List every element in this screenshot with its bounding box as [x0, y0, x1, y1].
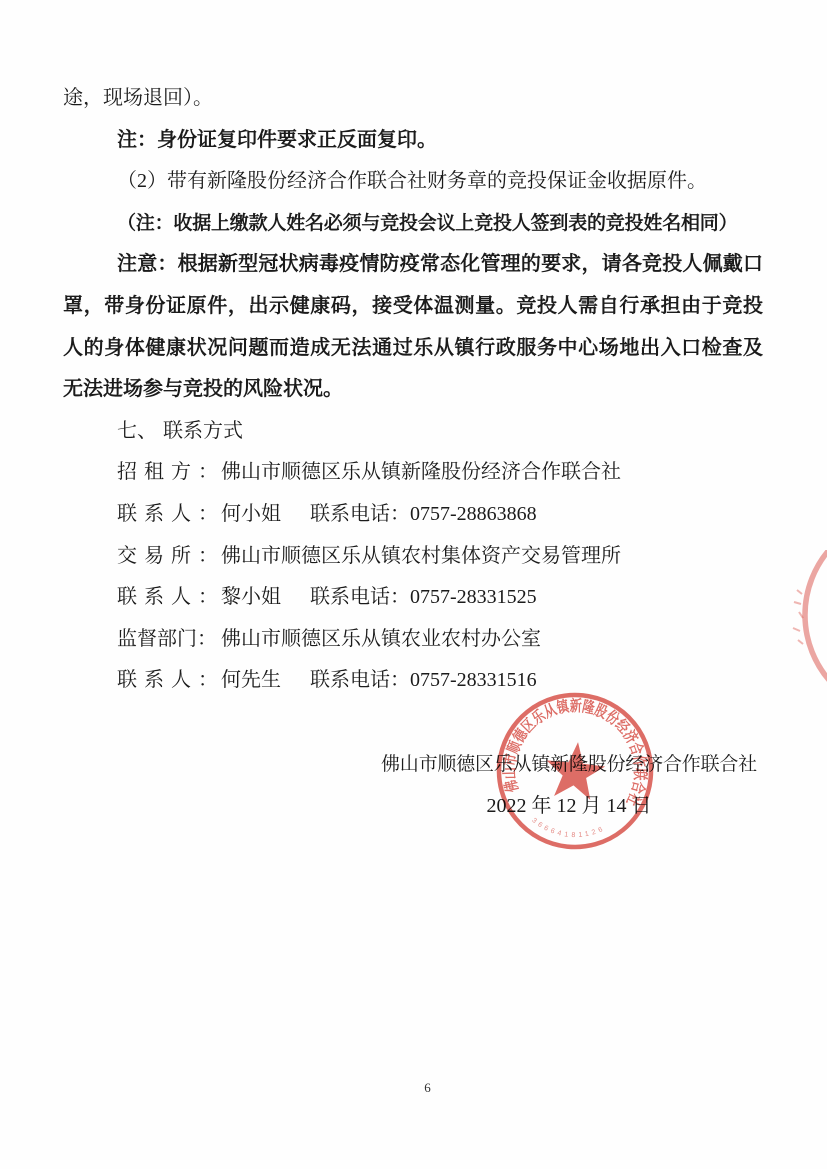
contact-label: 联系人：	[117, 660, 221, 702]
body-line: 途，现场退回）。	[63, 78, 763, 120]
contact-row-person: 联系人：黎小姐联系电话：0757-28331525	[63, 577, 763, 619]
body-line-notice: 无法进场参与竞投的风险状况。	[63, 369, 763, 411]
contact-value: 佛山市顺德区乐从镇农业农村办公室	[221, 628, 541, 650]
contact-value: 佛山市顺德区乐从镇农村集体资产交易管理所	[221, 545, 621, 567]
phone-label: 联系电话：	[310, 669, 410, 691]
body-line-note: （注：收据上缴款人姓名必须与竞投会议上竞投人签到表的竞投姓名相同）	[63, 203, 763, 245]
body-line-notice: 人的身体健康状况问题而造成无法通过乐从镇行政服务中心场地出入口检查及	[63, 328, 763, 370]
page-number: 6	[28, 1080, 827, 1096]
contact-label: 交易所：	[117, 536, 221, 578]
body-line: （2）带有新隆股份经济合作联合社财务章的竞投保证金收据原件。	[63, 161, 763, 203]
contact-value: 佛山市顺德区乐从镇新隆股份经济合作联合社	[221, 461, 621, 483]
phone-label: 联系电话：	[310, 586, 410, 608]
body-line-notice: 注意：根据新型冠状病毒疫情防疫常态化管理的要求，请各竞投人佩戴口	[63, 244, 763, 286]
contact-name: 何先生	[221, 669, 281, 691]
phone-number: 0757-28331525	[410, 586, 537, 608]
body-line-note: 注：身份证复印件要求正反面复印。	[63, 120, 763, 162]
phone-number: 0757-28863868	[410, 503, 537, 525]
document-body: 途，现场退回）。 注：身份证复印件要求正反面复印。 （2）带有新隆股份经济合作联…	[0, 0, 827, 827]
contact-label: 联系人：	[117, 494, 221, 536]
contact-name: 黎小姐	[221, 586, 281, 608]
body-line-notice: 罩，带身份证原件，出示健康码，接受体温测量。竞投人需自行承担由于竞投	[63, 286, 763, 328]
contact-name: 何小姐	[221, 503, 281, 525]
contact-row-lessor: 招租方：佛山市顺德区乐从镇新隆股份经济合作联合社	[63, 452, 763, 494]
signature-block: 佛山市顺德区乐从镇新隆股份经济合作联合社 2022 年 12 月 14 日	[381, 744, 757, 827]
section-number: 七、	[117, 420, 157, 442]
contact-label: 监督部门：	[117, 619, 221, 661]
section-heading: 七、联系方式	[63, 411, 763, 453]
contact-row-exchange: 交易所：佛山市顺德区乐从镇农村集体资产交易管理所	[63, 536, 763, 578]
signature-date: 2022 年 12 月 14 日	[381, 786, 757, 828]
phone-label: 联系电话：	[310, 503, 410, 525]
phone-number: 0757-28331516	[410, 669, 537, 691]
contact-label: 招租方：	[117, 452, 221, 494]
section-title: 联系方式	[163, 420, 243, 442]
contact-row-supervisor: 监督部门：佛山市顺德区乐从镇农业农村办公室	[63, 619, 763, 661]
document-page: 途，现场退回）。 注：身份证复印件要求正反面复印。 （2）带有新隆股份经济合作联…	[0, 0, 827, 1169]
contact-label: 联系人：	[117, 577, 221, 619]
signature-org: 佛山市顺德区乐从镇新隆股份经济合作联合社	[381, 744, 757, 786]
contact-row-person: 联系人：何先生联系电话：0757-28331516	[63, 660, 763, 702]
contact-row-person: 联系人：何小姐联系电话：0757-28863868	[63, 494, 763, 536]
